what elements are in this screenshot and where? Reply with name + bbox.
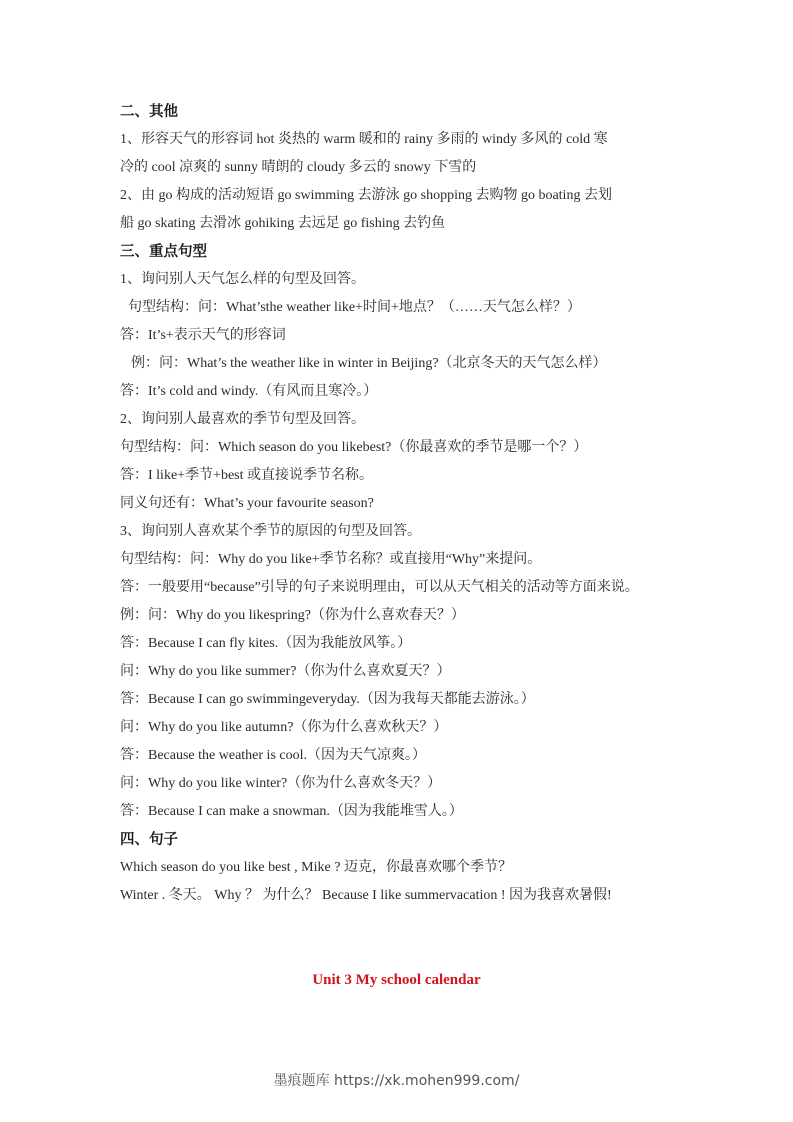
text-line: 答：It’s cold and windy.（有风而且寒冷。） (120, 382, 377, 402)
text-line: 答：I like+季节+best 或直接说季节名称。 (120, 466, 373, 486)
text-line: 答：Because I can go swimmingeveryday.（因为我… (120, 690, 535, 710)
text-line: 问：Why do you like summer?（你为什么喜欢夏天？） (120, 662, 451, 682)
text-line: 答：Because I can make a snowman.（因为我能堆雪人。… (120, 802, 463, 822)
text-line: 船 go skating 去滑冰 gohiking 去远足 go fishing… (120, 214, 445, 234)
text-line: 句型结构：问：What’sthe weather like+时间+地点？（……天… (128, 298, 581, 318)
text-line: 1、询问别人天气怎么样的句型及回答。 (120, 270, 365, 290)
document-page: 二、其他 1、形容天气的形容词 hot 炎热的 warm 暖和的 rainy 多… (0, 0, 793, 1122)
text-line: 答：It’s+表示天气的形容词 (120, 326, 286, 346)
text-line: 句型结构：问：Why do you like+季节名称？或直接用“Why”来提问… (120, 550, 541, 570)
text-line: 2、询问别人最喜欢的季节句型及回答。 (120, 410, 365, 430)
text-line: 2、由 go 构成的活动短语 go swimming 去游泳 go shoppi… (120, 186, 612, 206)
text-line: Winter . 冬天。 Why ？ 为什么？ Because I like s… (120, 886, 612, 906)
text-line: 答：Because I can fly kites.（因为我能放风筝。） (120, 634, 411, 654)
text-line: 例：问：Why do you likespring?（你为什么喜欢春天？） (120, 606, 465, 626)
section-heading-key-patterns: 三、重点句型 (120, 242, 207, 262)
text-line: 答：一般要用“because”引导的句子来说明理由，可以从天气相关的活动等方面来… (120, 578, 639, 598)
text-line: 答：Because the weather is cool.（因为天气凉爽。） (120, 746, 426, 766)
text-line: 冷的 cool 凉爽的 sunny 晴朗的 cloudy 多云的 snowy 下… (120, 158, 476, 178)
text-line: 例：问：What’s the weather like in winter in… (131, 354, 607, 374)
text-line: 同义句还有：What’s your favourite season? (120, 494, 374, 514)
section-heading-sentences: 四、句子 (120, 830, 178, 850)
page-footer-watermark: 墨痕题库 https://xk.mohen999.com/ (0, 1070, 793, 1090)
text-line: 句型结构：问：Which season do you likebest?（你最喜… (120, 438, 587, 458)
text-line: 3、询问别人喜欢某个季节的原因的句型及回答。 (120, 522, 421, 542)
text-line: 问：Why do you like winter?（你为什么喜欢冬天？） (120, 774, 441, 794)
section-heading-others: 二、其他 (120, 102, 178, 122)
text-line: Which season do you like best , Mike ? 迈… (120, 858, 512, 878)
text-line: 1、形容天气的形容词 hot 炎热的 warm 暖和的 rainy 多雨的 wi… (120, 130, 608, 150)
unit-title: Unit 3 My school calendar (0, 972, 793, 989)
text-line: 问：Why do you like autumn?（你为什么喜欢秋天？） (120, 718, 447, 738)
